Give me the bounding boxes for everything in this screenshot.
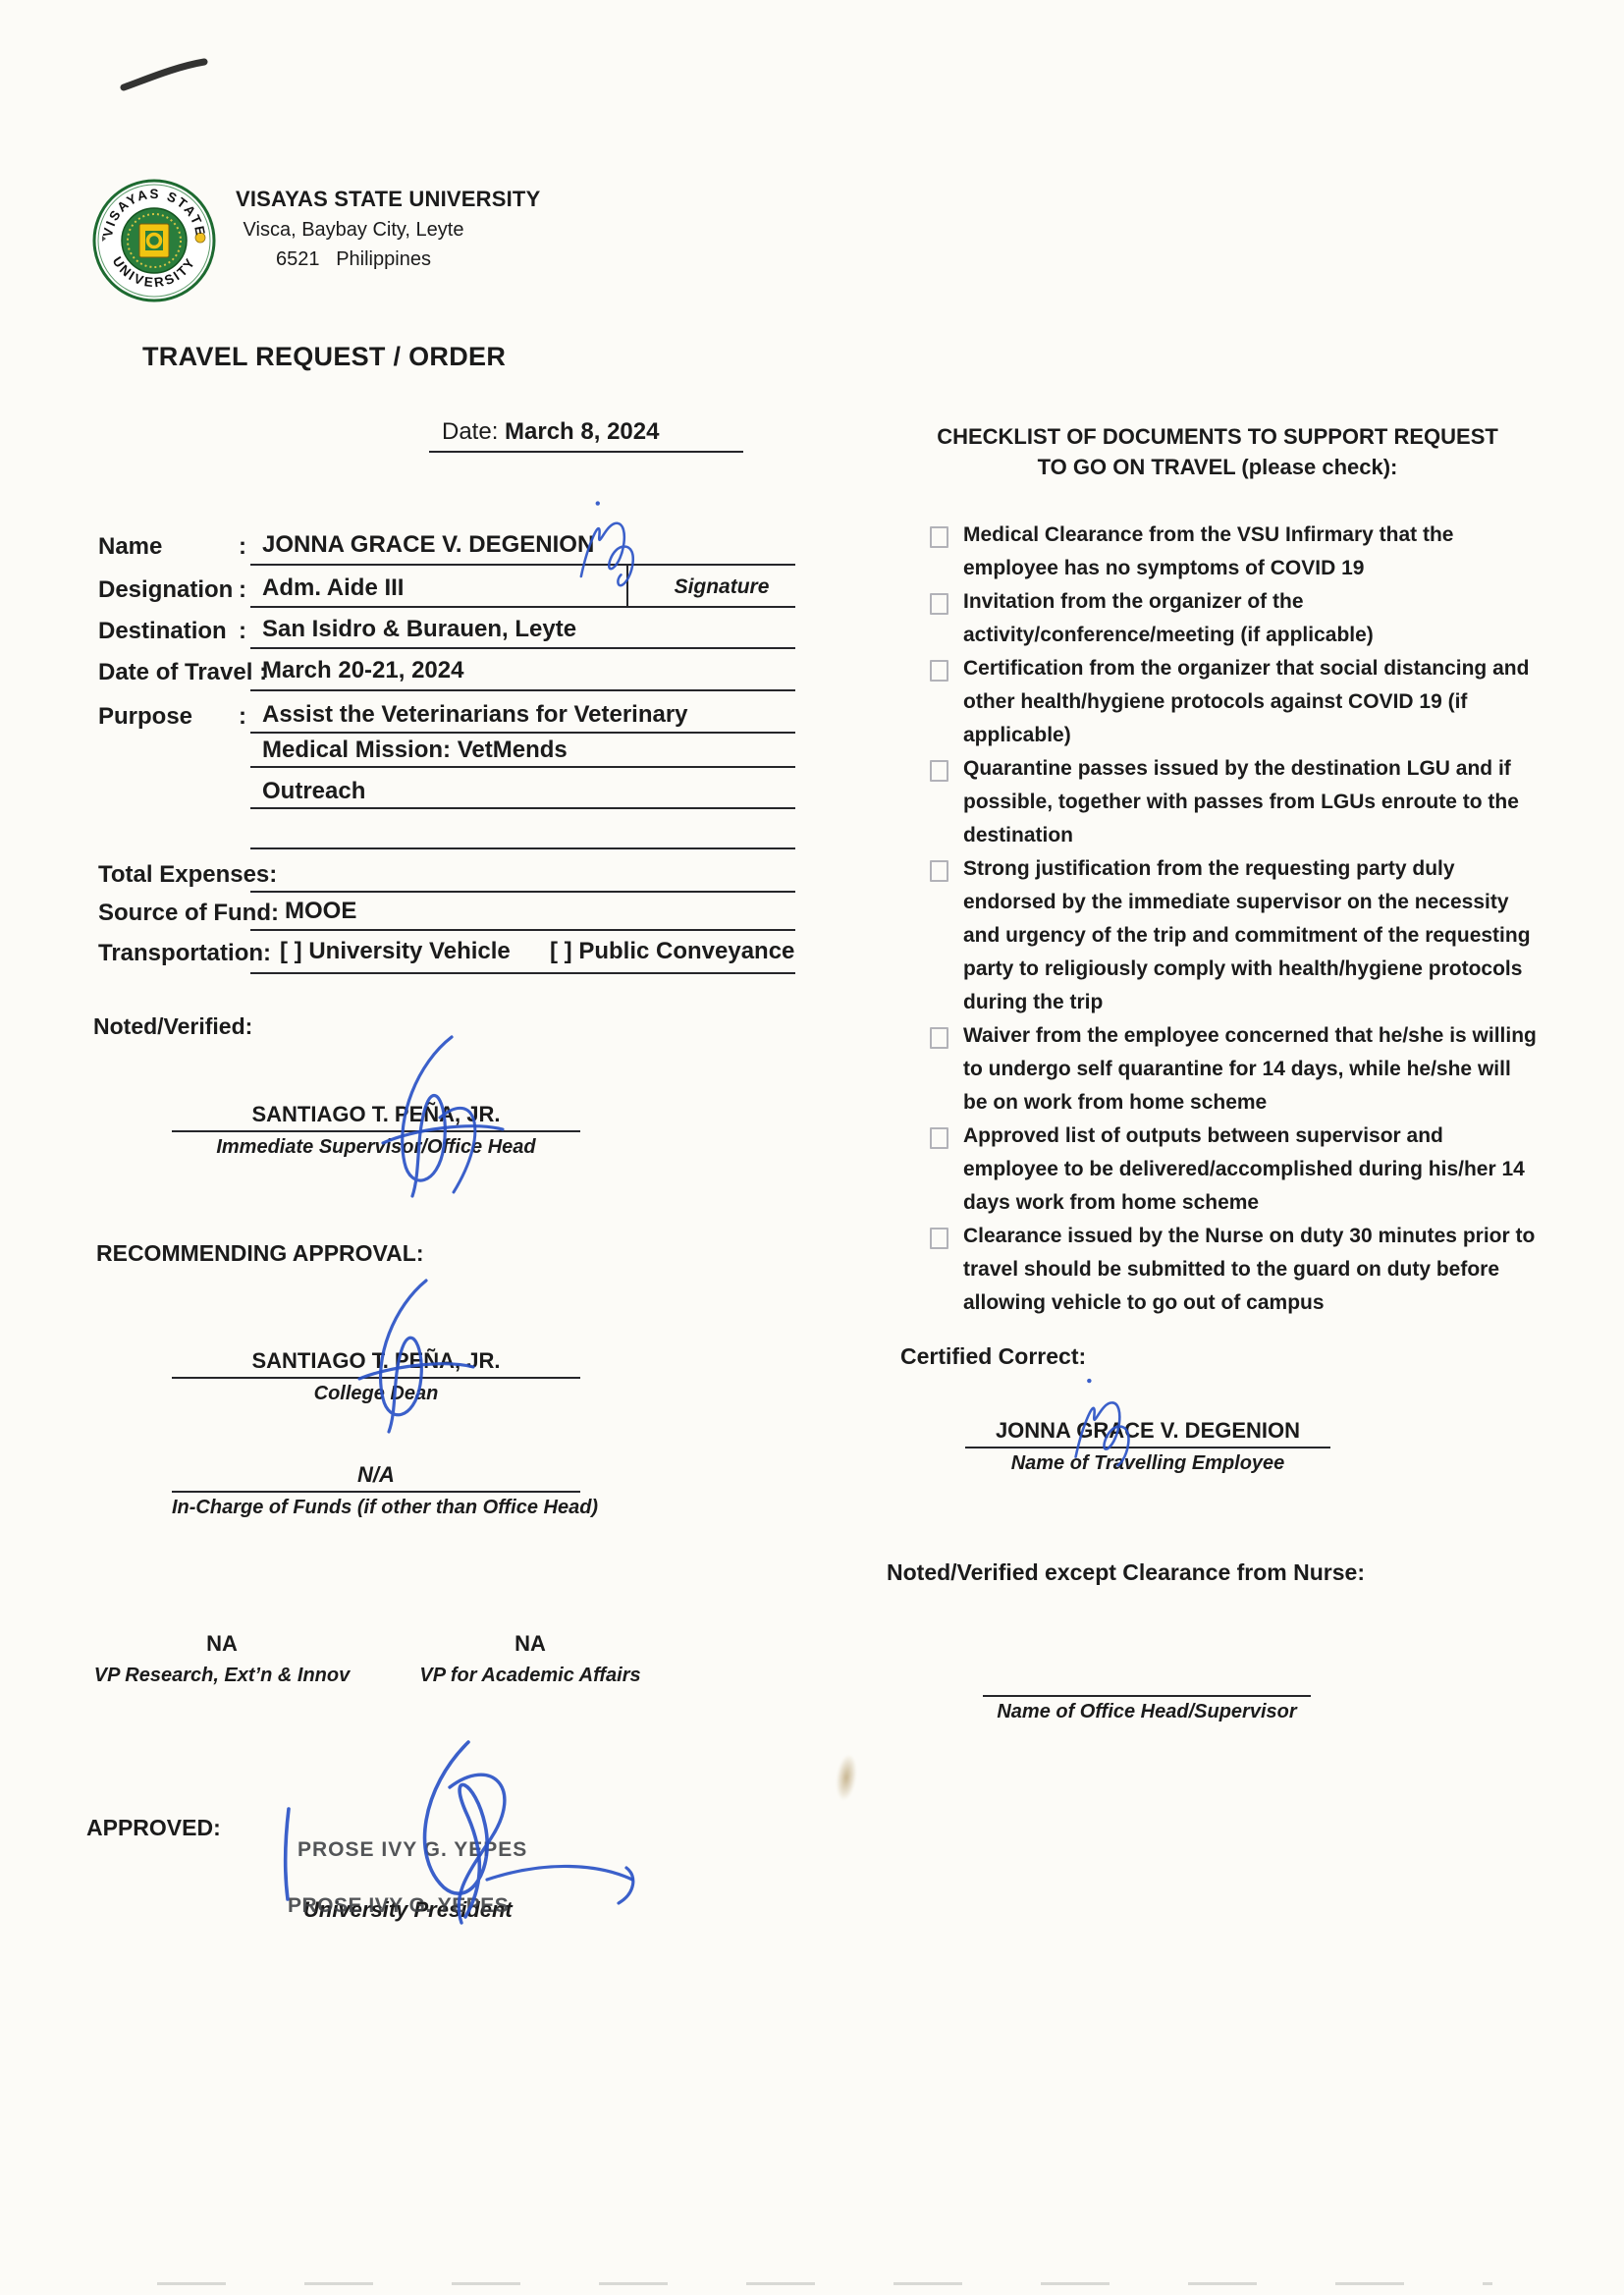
document-title: TRAVEL REQUEST / ORDER: [142, 342, 506, 372]
checklist-item-text: Medical Clearance from the VSU Infirmary…: [963, 519, 1538, 585]
checklist-item: Waiver from the employee concerned that …: [928, 1019, 1556, 1120]
vp-academic-na: NA: [407, 1631, 653, 1657]
checklist-item-text: Clearance issued by the Nurse on duty 30…: [963, 1220, 1538, 1320]
designation-underline: [250, 606, 795, 608]
purpose-line1: Assist the Veterinarians for Veterinary: [262, 701, 688, 729]
name-underline: [250, 564, 795, 566]
checkbox: [930, 526, 948, 548]
checklist-heading-line2: TO GO ON TRAVEL (please check):: [903, 455, 1532, 480]
checklist-item: Quarantine passes issued by the destinat…: [928, 752, 1556, 852]
university-postal: 6521 Philippines: [236, 248, 471, 271]
transportation-option-university-vehicle: [ ] University Vehicle: [280, 938, 511, 965]
checkbox: [930, 760, 948, 782]
designation-value: Adm. Aide III: [262, 574, 404, 602]
checklist-item-text: Quarantine passes issued by the destinat…: [963, 752, 1538, 852]
date-row: Date: March 8, 2024: [442, 418, 659, 446]
date-of-travel-value: March 20-21, 2024: [262, 657, 463, 684]
checklist-item: Clearance issued by the Nurse on duty 30…: [928, 1220, 1556, 1320]
office-head-title: Name of Office Head/Supervisor: [983, 1701, 1311, 1723]
vp-research-block: NA VP Research, Ext’n & Innov: [93, 1631, 351, 1687]
checklist-item: Approved list of outputs between supervi…: [928, 1120, 1556, 1220]
scanned-travel-request-form: VISAYAS STATE UNIVERSITY VISAYAS STATE U…: [0, 0, 1624, 2295]
date-value: March 8, 2024: [505, 418, 659, 445]
president-signature-ink: [267, 1730, 679, 1937]
total-expenses-label: Total Expenses:: [98, 861, 277, 889]
checklist-item-text: Approved list of outputs between supervi…: [963, 1120, 1538, 1220]
vp-academic-block: NA VP for Academic Affairs: [407, 1631, 653, 1687]
name-label: Name: [98, 533, 162, 561]
checkbox: [930, 660, 948, 682]
vp-research-title: VP Research, Ext’n & Innov: [93, 1665, 351, 1687]
funds-incharge-title: In-Charge of Funds (if other than Office…: [172, 1497, 580, 1519]
destination-value: San Isidro & Burauen, Leyte: [262, 616, 576, 643]
pen-mark: [116, 51, 214, 95]
checklist-item: Strong justification from the requesting…: [928, 852, 1556, 1019]
checklist-item-text: Waiver from the employee concerned that …: [963, 1019, 1538, 1120]
designation-colon: :: [239, 576, 246, 604]
transportation-label: Transportation:: [98, 940, 271, 967]
purpose-line2: Medical Mission: VetMends: [262, 737, 568, 764]
name-value: JONNA GRACE V. DEGENION: [262, 531, 594, 559]
supervisor-signature-ink: [355, 1027, 522, 1204]
dean-signature-ink: [336, 1273, 493, 1435]
university-name: VISAYAS STATE UNIVERSITY: [236, 187, 471, 212]
checklist-heading-line1: CHECKLIST OF DOCUMENTS TO SUPPORT REQUES…: [903, 424, 1532, 450]
employee-signature-ink: [569, 481, 677, 607]
checklist-heading: CHECKLIST OF DOCUMENTS TO SUPPORT REQUES…: [903, 424, 1532, 480]
signature-line: [172, 1491, 580, 1493]
transportation-underline: [250, 972, 795, 974]
certified-correct-label: Certified Correct:: [900, 1343, 1086, 1370]
scan-edge-artifact: [157, 2282, 1492, 2285]
purpose-underline-3: [250, 807, 795, 809]
checkbox: [930, 593, 948, 615]
date-underline: [429, 451, 743, 453]
paper-stain: [834, 1753, 859, 1802]
checklist-item: Medical Clearance from the VSU Infirmary…: [928, 519, 1556, 585]
purpose-underline-4: [250, 847, 795, 849]
transportation-option-public-conveyance: [ ] Public Conveyance: [550, 938, 794, 965]
destination-underline: [250, 647, 795, 649]
office-head-block: Name of Office Head/Supervisor: [983, 1695, 1311, 1723]
name-colon: :: [239, 533, 246, 561]
total-expenses-underline: [250, 891, 795, 893]
signature-line: [983, 1695, 1311, 1697]
purpose-label: Purpose: [98, 703, 192, 731]
university-seal-logo: VISAYAS STATE UNIVERSITY: [90, 177, 218, 304]
letterhead: VISAYAS STATE UNIVERSITY Visca, Baybay C…: [236, 187, 471, 271]
checklist-item-text: Strong justification from the requesting…: [963, 852, 1538, 1019]
source-of-fund-label: Source of Fund:: [98, 900, 279, 927]
source-of-fund-value: MOOE: [285, 898, 356, 925]
noted-except-nurse-label: Noted/Verified except Clearance from Nur…: [887, 1559, 1365, 1586]
university-address: Visca, Baybay City, Leyte: [236, 219, 471, 242]
date-of-travel-label: Date of Travel :: [98, 659, 267, 686]
purpose-line3: Outreach: [262, 778, 365, 805]
checklist-item: Certification from the organizer that so…: [928, 652, 1556, 752]
funds-incharge-block: N/A In-Charge of Funds (if other than Of…: [172, 1462, 580, 1519]
destination-label: Destination: [98, 618, 227, 645]
checkbox: [930, 1027, 948, 1049]
approved-label: APPROVED:: [86, 1815, 221, 1841]
vp-academic-title: VP for Academic Affairs: [407, 1665, 653, 1687]
checkbox: [930, 1127, 948, 1149]
purpose-underline-1: [250, 732, 795, 734]
purpose-colon: :: [239, 703, 246, 731]
funds-incharge-name: N/A: [172, 1462, 580, 1488]
checklist-item: Invitation from the organizer of the act…: [928, 585, 1556, 652]
date-of-travel-underline: [250, 689, 795, 691]
noted-verified-label: Noted/Verified:: [93, 1013, 252, 1040]
date-label: Date:: [442, 418, 505, 445]
checklist-item-text: Invitation from the organizer of the act…: [963, 585, 1538, 652]
checklist-item-text: Certification from the organizer that so…: [963, 652, 1538, 752]
checkbox: [930, 1228, 948, 1249]
employee-signature-ink-right: [1062, 1369, 1175, 1479]
source-of-fund-underline: [250, 929, 795, 931]
vp-research-na: NA: [93, 1631, 351, 1657]
recommending-approval-label: RECOMMENDING APPROVAL:: [96, 1240, 424, 1267]
checklist: Medical Clearance from the VSU Infirmary…: [928, 519, 1556, 1320]
purpose-underline-2: [250, 766, 795, 768]
checkbox: [930, 860, 948, 882]
designation-label: Designation: [98, 576, 233, 604]
destination-colon: :: [239, 618, 246, 645]
